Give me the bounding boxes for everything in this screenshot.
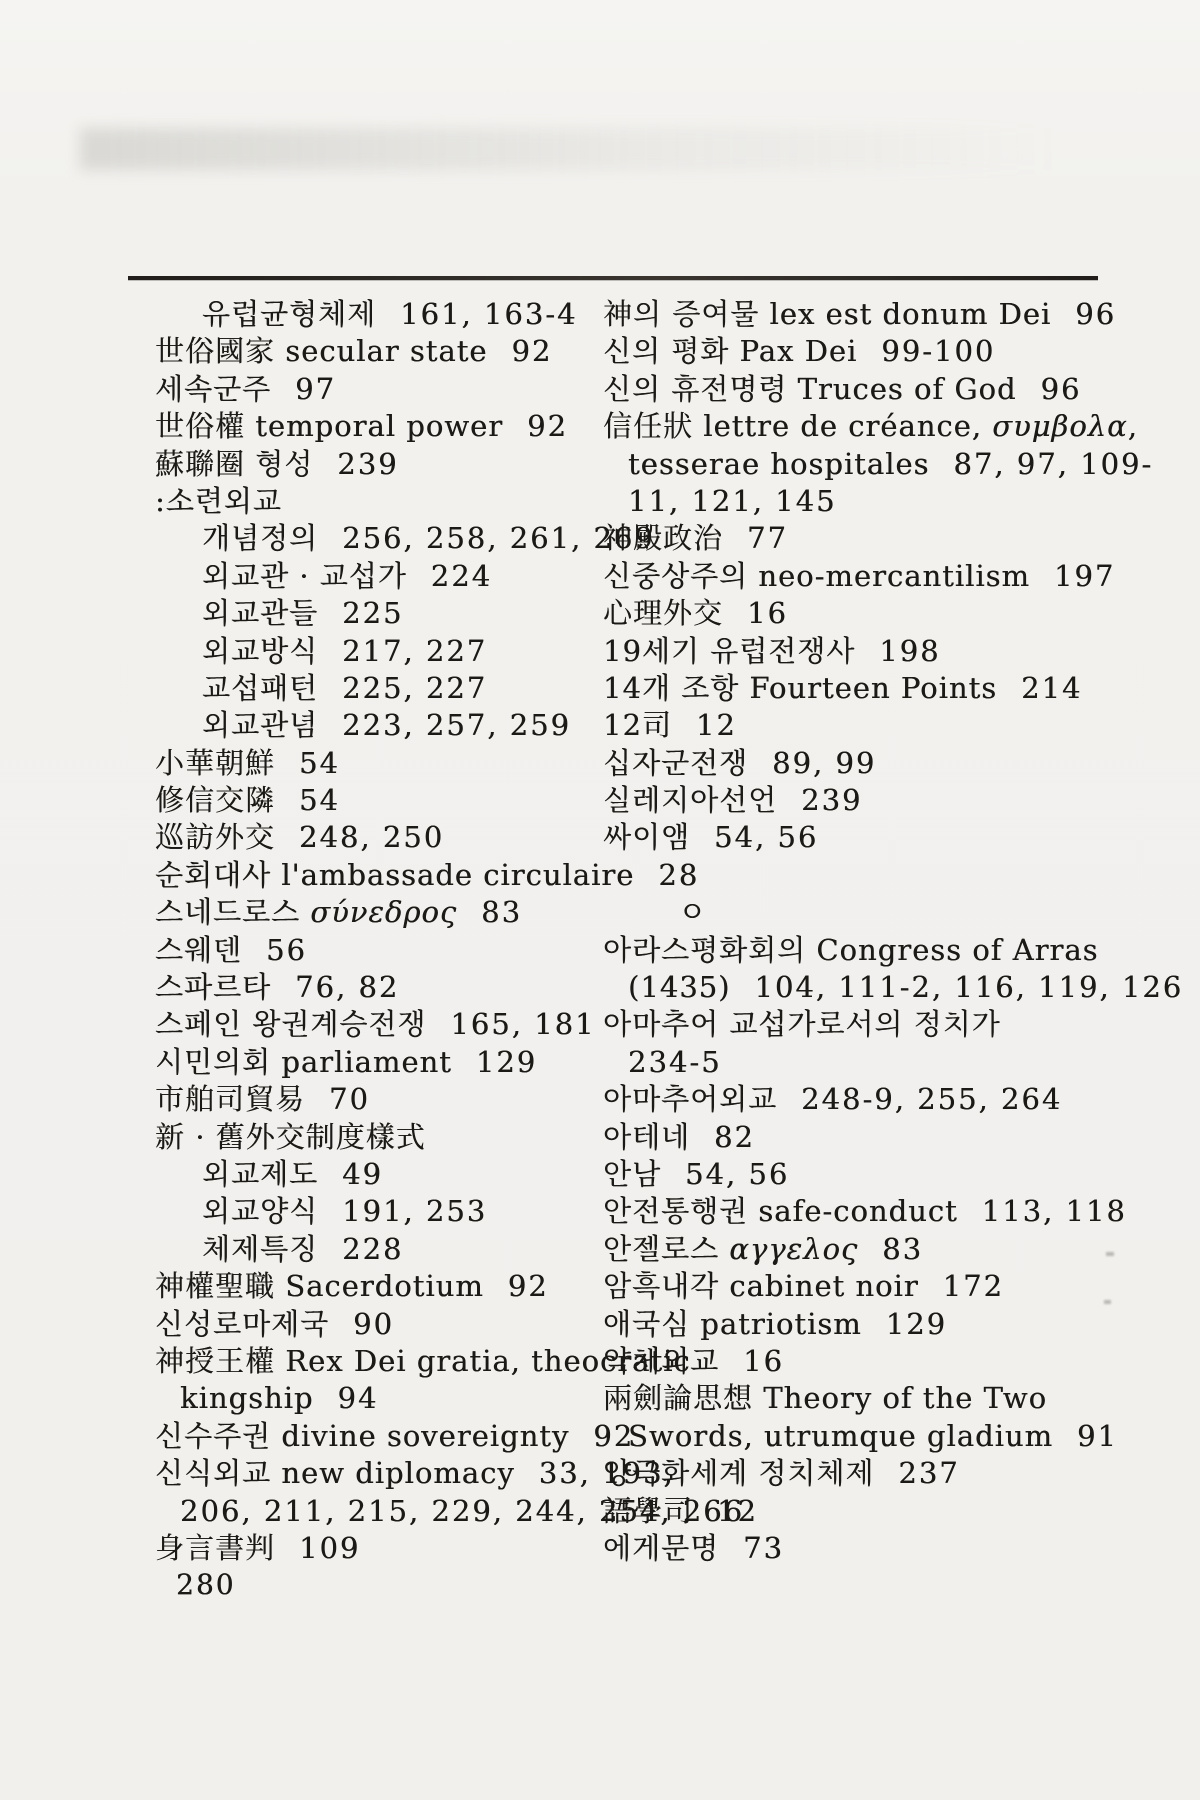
entry-page-numbers: 217, 227 <box>342 634 487 668</box>
index-entry: 아라스평화회의 Congress of Arras <box>603 932 1123 969</box>
entry-page-numbers: 239 <box>337 447 398 481</box>
index-entry: kingship94 <box>155 1380 635 1417</box>
index-entry: 身言書判109 <box>155 1530 635 1567</box>
scan-artifact <box>1104 1300 1111 1304</box>
index-entry: 小華朝鮮54 <box>155 745 635 782</box>
index-entry: 神授王權 Rex Dei gratia, theocratic <box>155 1343 635 1380</box>
entry-page-numbers: 234-5 <box>628 1045 722 1079</box>
entry-page-numbers: 99-100 <box>881 334 995 368</box>
index-term: 안젤로스 αγγελος <box>603 1232 858 1266</box>
index-entry: 안젤로스 αγγελος83 <box>603 1231 1123 1268</box>
index-entry: 234-5 <box>603 1044 1123 1081</box>
index-term: 修信交隣 <box>155 783 275 817</box>
entry-page-numbers: 92 <box>511 334 552 368</box>
index-term: 교섭패턴 <box>202 671 318 705</box>
index-entry: 19세기 유럽전쟁사198 <box>603 633 1123 670</box>
index-term: 神權聖職 Sacerdotium <box>155 1269 484 1303</box>
index-term: 안전통행권 safe-conduct <box>603 1194 958 1228</box>
index-entry: 신의 평화 Pax Dei99-100 <box>603 333 1123 370</box>
entry-page-numbers: 94 <box>338 1381 379 1415</box>
index-entry: 스파르타76, 82 <box>155 969 635 1006</box>
index-term: kingship <box>180 1381 314 1415</box>
index-column-right: 神의 증여물 lex est donum Dei96신의 평화 Pax Dei9… <box>603 296 1123 1567</box>
entry-page-numbers: 129 <box>476 1045 537 1079</box>
index-term: 新 · 舊外交制度樣式 <box>155 1120 426 1154</box>
index-entry: Swords, utrumque gladium91 <box>603 1418 1123 1455</box>
entry-page-numbers: 54 <box>299 783 340 817</box>
index-entry: 신중상주의 neo-mercantilism197 <box>603 558 1123 595</box>
index-entry: 世俗權 temporal power92 <box>155 408 635 445</box>
index-entry: 애국심 patriotism129 <box>603 1306 1123 1343</box>
greek-term: σύνεδρος <box>310 895 457 929</box>
entry-page-numbers: 172 <box>943 1269 1004 1303</box>
index-entry: 스웨덴56 <box>155 932 635 969</box>
index-term: 실레지아선언 <box>603 783 777 817</box>
index-term: 아테네 <box>603 1120 690 1154</box>
index-entry: 神權聖職 Sacerdotium92 <box>155 1268 635 1305</box>
entry-page-numbers: 237 <box>898 1456 959 1490</box>
entry-page-numbers: 90 <box>353 1307 394 1341</box>
index-term: (1435) <box>628 970 730 1004</box>
index-term: 외교양식 <box>202 1194 318 1228</box>
entry-page-numbers: 12 <box>696 708 737 742</box>
index-term: 약체외교 <box>603 1344 719 1378</box>
greek-term: συμβολα <box>992 409 1127 443</box>
index-term: 외교관 · 교섭가 <box>202 559 407 593</box>
index-entry: 외교관 · 교섭가224 <box>155 558 635 595</box>
index-term: 십자군전쟁 <box>603 746 748 780</box>
index-entry: 11, 121, 145 <box>603 483 1123 520</box>
index-term: 心理外交 <box>603 596 723 630</box>
index-term: 信任狀 lettre de créance, συμβολα, <box>603 409 1138 443</box>
index-term: tesserae hospitales <box>628 447 929 481</box>
entry-page-numbers: 109 <box>299 1531 360 1565</box>
index-entry: 神의 증여물 lex est donum Dei96 <box>603 296 1123 333</box>
index-entry: 외교방식217, 227 <box>155 633 635 670</box>
greek-term: αγγελος <box>729 1232 858 1266</box>
index-term: 애국심 patriotism <box>603 1307 862 1341</box>
entry-page-numbers: 198 <box>879 634 940 668</box>
index-entry: 세속군주97 <box>155 371 635 408</box>
entry-page-numbers: 113, 118 <box>982 1194 1127 1228</box>
entry-page-numbers: 83 <box>882 1232 923 1266</box>
scanned-index-page: 유럽균형체제161, 163-4世俗國家 secular state92세속군주… <box>0 0 1200 1800</box>
separator-rule <box>128 276 1098 280</box>
index-entry: (1435)104, 111-2, 116, 119, 126 <box>603 969 1123 1006</box>
index-entry: 유럽균형체제161, 163-4 <box>155 296 635 333</box>
entry-page-numbers: 225 <box>342 596 403 630</box>
index-entry: 안남54, 56 <box>603 1156 1123 1193</box>
index-entry: 교섭패턴225, 227 <box>155 670 635 707</box>
index-entry: :소련외교 <box>155 483 635 520</box>
entry-page-numbers: 82 <box>714 1120 755 1154</box>
index-term: 小華朝鮮 <box>155 746 275 780</box>
entry-page-numbers: 223, 257, 259 <box>342 708 571 742</box>
entry-page-numbers: 165, 181 <box>450 1007 595 1041</box>
index-term: 순회대사 l'ambassade circulaire <box>155 858 634 892</box>
index-term: 語學司 <box>603 1494 693 1528</box>
index-entry: 십자군전쟁89, 99 <box>603 745 1123 782</box>
index-entry: 개념정의256, 258, 261, 269 <box>155 520 635 557</box>
index-entry: 신성로마제국90 <box>155 1306 635 1343</box>
entry-page-numbers: 77 <box>747 521 788 555</box>
index-term: 신의 휴전명령 Truces of God <box>603 372 1017 406</box>
index-entry: 신수주권 divine sovereignty92 <box>155 1418 635 1455</box>
entry-page-numbers: 54, 56 <box>685 1157 789 1191</box>
index-term: 양극화세계 정치체제 <box>603 1456 874 1490</box>
index-entry: 외교관들225 <box>155 595 635 632</box>
index-entry: 語學司12 <box>603 1493 1123 1530</box>
entry-page-numbers: 70 <box>329 1082 370 1116</box>
entry-page-numbers: 191, 253 <box>342 1194 487 1228</box>
index-term: 스네드로스 σύνεδρος <box>155 895 457 929</box>
entry-page-numbers: 248-9, 255, 264 <box>801 1082 1062 1116</box>
index-entry: 206, 211, 215, 229, 244, 254, 266 <box>155 1493 635 1530</box>
index-entry: 시민의회 parliament129 <box>155 1044 635 1081</box>
index-term: 아마추어 교섭가로서의 정치가 <box>603 1007 1001 1041</box>
index-entry: 외교관념223, 257, 259 <box>155 707 635 744</box>
index-entry: 新 · 舊外交制度樣式 <box>155 1119 635 1156</box>
index-term: 싸이앰 <box>603 820 690 854</box>
index-entry: 信任狀 lettre de créance, συμβολα, <box>603 408 1123 445</box>
index-entry: 신의 휴전명령 Truces of God96 <box>603 371 1123 408</box>
entry-page-numbers: 97 <box>295 372 336 406</box>
index-entry: 修信交隣54 <box>155 782 635 819</box>
index-entry: 아마추어 교섭가로서의 정치가 <box>603 1006 1123 1043</box>
entry-page-numbers: 228 <box>342 1232 403 1266</box>
index-term: 아라스평화회의 Congress of Arras <box>603 933 1098 967</box>
index-term: 신의 평화 Pax Dei <box>603 334 857 368</box>
index-term: 神의 증여물 lex est donum Dei <box>603 297 1051 331</box>
index-term: 身言書判 <box>155 1531 275 1565</box>
entry-page-numbers: 96 <box>1041 372 1082 406</box>
index-term: 안남 <box>603 1157 661 1191</box>
index-term: 시민의회 parliament <box>155 1045 452 1079</box>
index-entry: 市舶司貿易70 <box>155 1081 635 1118</box>
index-entry: 안전통행권 safe-conduct113, 118 <box>603 1193 1123 1230</box>
index-term: 12司 <box>603 708 672 742</box>
entry-page-numbers: 129 <box>886 1307 947 1341</box>
index-entry: 世俗國家 secular state92 <box>155 333 635 370</box>
index-term: 神殿政治 <box>603 521 723 555</box>
index-term: 신식외교 new diplomacy <box>155 1456 515 1490</box>
index-term: 신중상주의 neo-mercantilism <box>603 559 1030 593</box>
entry-page-numbers: 224 <box>431 559 492 593</box>
index-term: 스웨덴 <box>155 933 242 967</box>
entry-page-numbers: 49 <box>342 1157 383 1191</box>
index-entry: 에게문명73 <box>603 1530 1123 1567</box>
entry-page-numbers: 54 <box>299 746 340 780</box>
index-term: 외교관들 <box>202 596 318 630</box>
index-entry: 兩劍論思想 Theory of the Two <box>603 1380 1123 1417</box>
index-term: 蘇聯圈 형성 <box>155 447 313 481</box>
index-term: 신수주권 divine sovereignty <box>155 1419 569 1453</box>
index-entry: 蘇聯圈 형성239 <box>155 446 635 483</box>
index-term: 세속군주 <box>155 372 271 406</box>
index-term: 14개 조항 Fourteen Points <box>603 671 997 705</box>
index-term: 世俗權 temporal power <box>155 409 503 443</box>
index-entry: 12司12 <box>603 707 1123 744</box>
entry-page-numbers: 16 <box>743 1344 784 1378</box>
page-number: 280 <box>176 1568 235 1601</box>
entry-page-numbers: 76, 82 <box>295 970 399 1004</box>
entry-page-numbers: 239 <box>801 783 862 817</box>
entry-page-numbers: 104, 111-2, 116, 119, 126 <box>754 970 1183 1004</box>
index-term: 아마추어외교 <box>603 1082 777 1116</box>
index-entry: 실레지아선언239 <box>603 782 1123 819</box>
section-label: ㅇ <box>678 895 707 929</box>
index-entry: 외교양식191, 253 <box>155 1193 635 1230</box>
index-entry: 약체외교16 <box>603 1343 1123 1380</box>
index-term: 체제특징 <box>202 1232 318 1266</box>
entry-page-numbers: 83 <box>481 895 522 929</box>
blank-line <box>603 857 1123 894</box>
entry-page-numbers: 54, 56 <box>714 820 818 854</box>
index-entry: 神殿政治77 <box>603 520 1123 557</box>
entry-page-numbers: 56 <box>266 933 307 967</box>
entry-page-numbers: 11, 121, 145 <box>628 484 836 518</box>
index-term: 스페인 왕권계승전쟁 <box>155 1007 426 1041</box>
entry-page-numbers: 96 <box>1075 297 1116 331</box>
entry-page-numbers: 87, 97, 109- <box>953 447 1153 481</box>
index-term: 외교방식 <box>202 634 318 668</box>
index-entry: 아마추어외교248-9, 255, 264 <box>603 1081 1123 1118</box>
index-entry: 스페인 왕권계승전쟁165, 181 <box>155 1006 635 1043</box>
entry-page-numbers: 91 <box>1077 1419 1118 1453</box>
entry-page-numbers: 89, 99 <box>772 746 876 780</box>
index-entry: 巡訪外交248, 250 <box>155 819 635 856</box>
entry-page-numbers: 92 <box>527 409 568 443</box>
index-entry: 양극화세계 정치체제237 <box>603 1455 1123 1492</box>
index-column-left: 유럽균형체제161, 163-4世俗國家 secular state92세속군주… <box>155 296 635 1567</box>
index-entry: 싸이앰54, 56 <box>603 819 1123 856</box>
entry-page-numbers: 197 <box>1054 559 1115 593</box>
entry-page-numbers: 16 <box>747 596 788 630</box>
index-term: :소련외교 <box>155 484 282 518</box>
index-term: 스파르타 <box>155 970 271 1004</box>
index-term: 암흑내각 cabinet noir <box>603 1269 919 1303</box>
index-entry: 암흑내각 cabinet noir172 <box>603 1268 1123 1305</box>
index-term: 신성로마제국 <box>155 1307 329 1341</box>
index-entry: 心理外交16 <box>603 595 1123 632</box>
entry-page-numbers: 12 <box>717 1494 758 1528</box>
entry-page-numbers: 225, 227 <box>342 671 487 705</box>
index-term: 兩劍論思想 Theory of the Two <box>603 1381 1047 1415</box>
index-term: 개념정의 <box>202 521 318 555</box>
index-entry: tesserae hospitales87, 97, 109- <box>603 446 1123 483</box>
index-term: 巡訪外交 <box>155 820 275 854</box>
index-entry: 체제특징228 <box>155 1231 635 1268</box>
index-entry: 아테네82 <box>603 1119 1123 1156</box>
index-entry: 순회대사 l'ambassade circulaire28 <box>155 857 635 894</box>
index-term: 世俗國家 secular state <box>155 334 487 368</box>
index-term: 에게문명 <box>603 1531 719 1565</box>
index-term: 외교관념 <box>202 708 318 742</box>
section-header: ㅇ <box>603 894 1123 931</box>
index-term: Swords, utrumque gladium <box>628 1419 1053 1453</box>
index-entry: 14개 조항 Fourteen Points214 <box>603 670 1123 707</box>
index-term: 유럽균형체제 <box>202 297 376 331</box>
index-entry: 신식외교 new diplomacy33, 193, <box>155 1455 635 1492</box>
index-entry: 스네드로스 σύνεδρος83 <box>155 894 635 931</box>
index-term: 외교제도 <box>202 1157 318 1191</box>
entry-page-numbers: 214 <box>1021 671 1082 705</box>
index-entry: 외교제도49 <box>155 1156 635 1193</box>
entry-page-numbers: 248, 250 <box>299 820 444 854</box>
entry-page-numbers: 73 <box>743 1531 784 1565</box>
scan-artifact <box>1106 1252 1114 1256</box>
index-term: 市舶司貿易 <box>155 1082 305 1116</box>
entry-page-numbers: 92 <box>508 1269 549 1303</box>
entry-page-numbers: 161, 163-4 <box>400 297 577 331</box>
index-term: 19세기 유럽전쟁사 <box>603 634 855 668</box>
